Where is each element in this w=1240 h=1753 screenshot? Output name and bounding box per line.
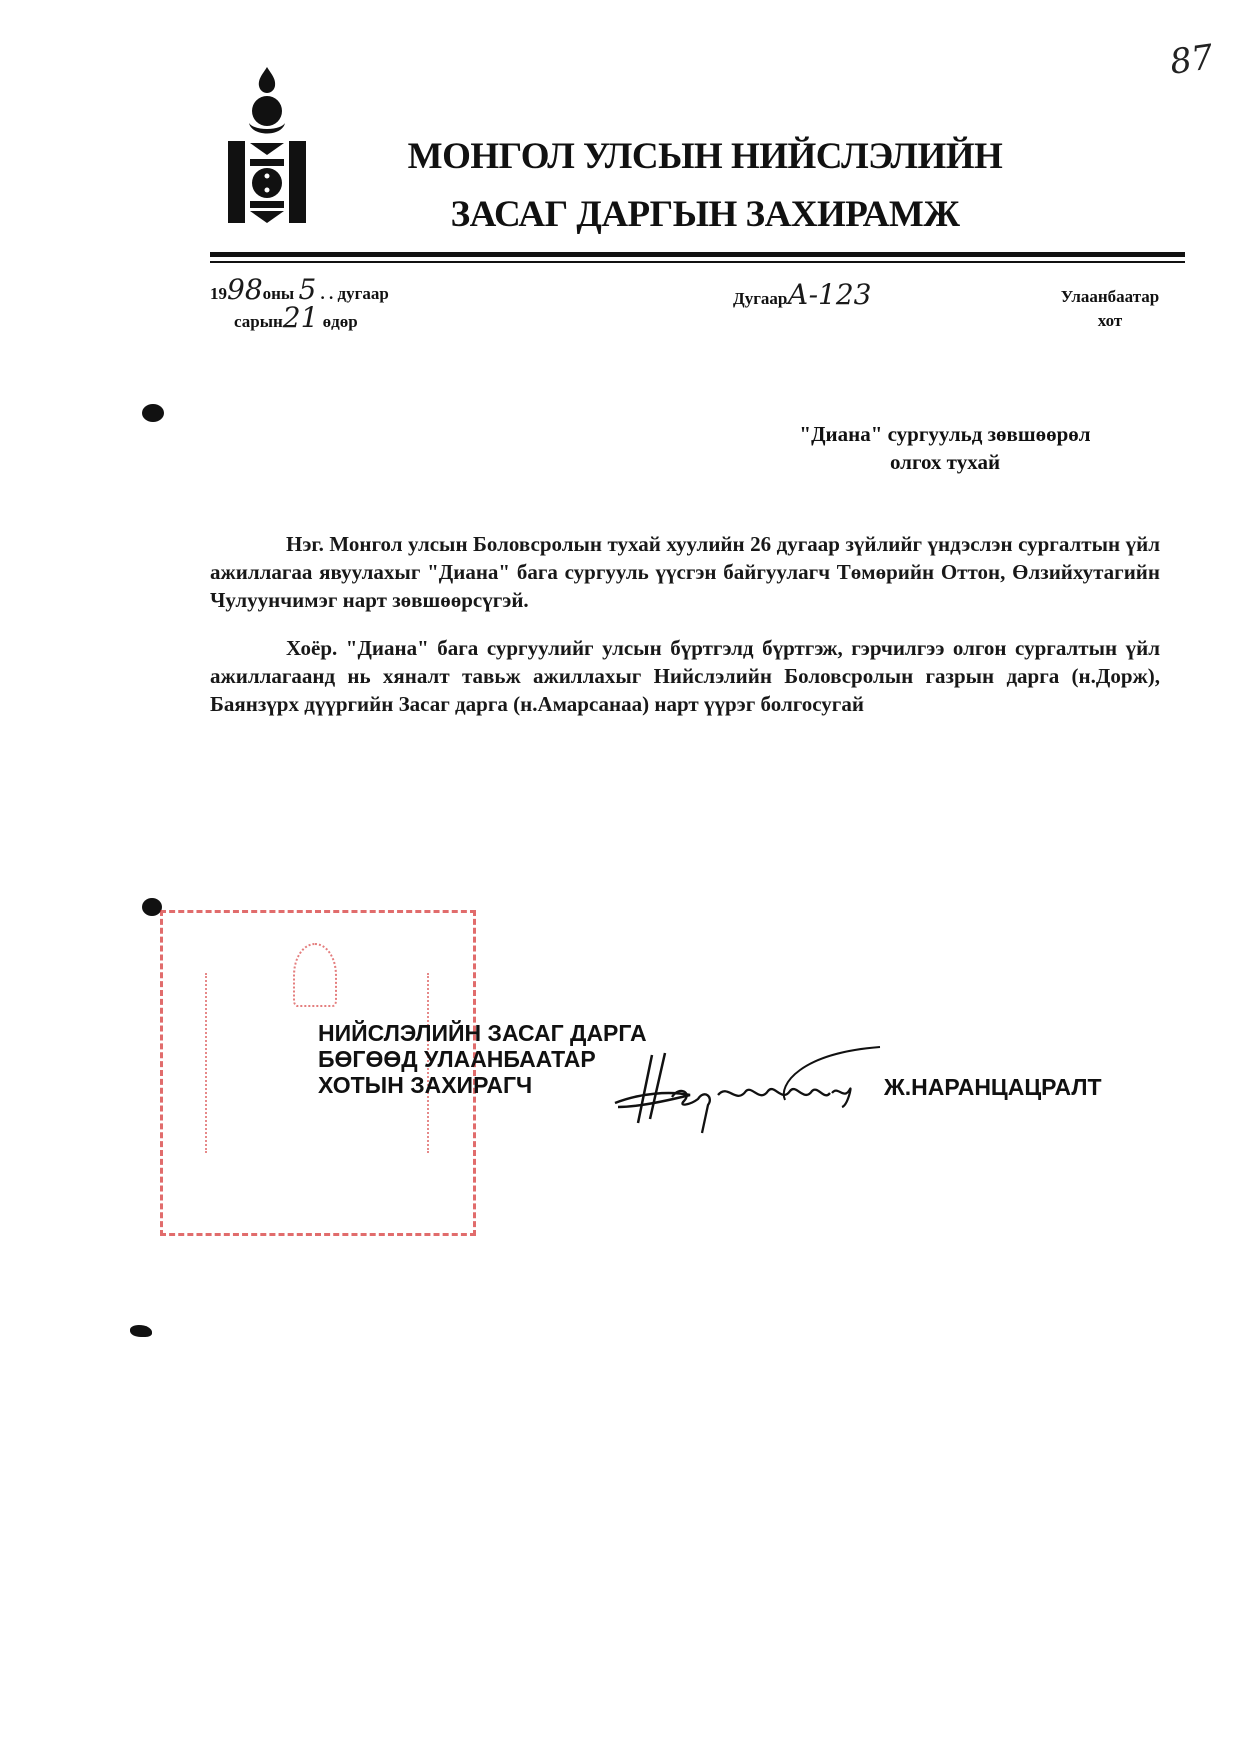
punch-hole-mark [142,404,164,422]
header-rule-thick [210,252,1185,257]
month-suffix: . . дугаар [321,284,389,303]
signatory-line-1: НИЙСЛЭЛИЙН ЗАСАГ ДАРГА [318,1020,647,1046]
year-handwritten: 98 [227,273,263,306]
city-block: Улаанбаатар хот [1060,285,1160,333]
signer-name: Ж.НАРАНЦАЦРАЛТ [884,1074,1102,1101]
subject-line-2: олгох тухай [770,448,1120,476]
signatory-title: НИЙСЛЭЛИЙН ЗАСАГ ДАРГА БӨГӨӨД УЛААНБААТА… [318,1020,647,1098]
signatory-line-3: ХОТЫН ЗАХИРАГЧ [318,1072,647,1098]
punch-hole-mark [130,1325,152,1337]
title-line-1: МОНГОЛ УЛСЫН НИЙСЛЭЛИЙН [400,128,1010,186]
soyombo-emblem-icon [226,65,308,225]
punch-hole-mark [142,898,162,916]
paragraph-two: Хоёр. "Диана" бага сургуулийг улсын бүрт… [210,634,1160,718]
handwritten-signature [610,1045,890,1135]
page-number: 87 [1167,37,1215,83]
number-value-handwritten: А-123 [787,278,871,311]
year-prefix: 19 [210,284,227,303]
city-name: Улаанбаатар [1060,285,1160,309]
subject-line-1: "Диана" сургуульд зөвшөөрөл [770,420,1120,448]
date-line-2: сарын21 өдөр [210,306,389,334]
day-prefix: сарын [234,312,283,331]
subject: "Диана" сургуульд зөвшөөрөл олгох тухай [770,420,1120,476]
title-line-2: ЗАСАГ ДАРГЫН ЗАХИРАМЖ [400,186,1010,244]
document-body: Нэг. Монгол улсын Боловсролын тухай хуул… [210,530,1160,738]
stamp-emblem-icon [293,943,337,1007]
paragraph-one: Нэг. Монгол улсын Боловсролын тухай хуул… [210,530,1160,614]
city-suffix: хот [1060,309,1160,333]
document-number: ДугаарА-123 [733,278,871,311]
day-handwritten: 21 [283,301,319,334]
date-block: 1998оны 5 . . дугаар сарын21 өдөр [210,278,389,334]
day-suffix: өдөр [323,312,358,331]
number-label: Дугаар [733,289,787,308]
document-title: МОНГОЛ УЛСЫН НИЙСЛЭЛИЙН ЗАСАГ ДАРГЫН ЗАХ… [400,128,1010,244]
header-rule-thin [210,261,1185,263]
signatory-line-2: БӨГӨӨД УЛААНБААТАР [318,1046,647,1072]
